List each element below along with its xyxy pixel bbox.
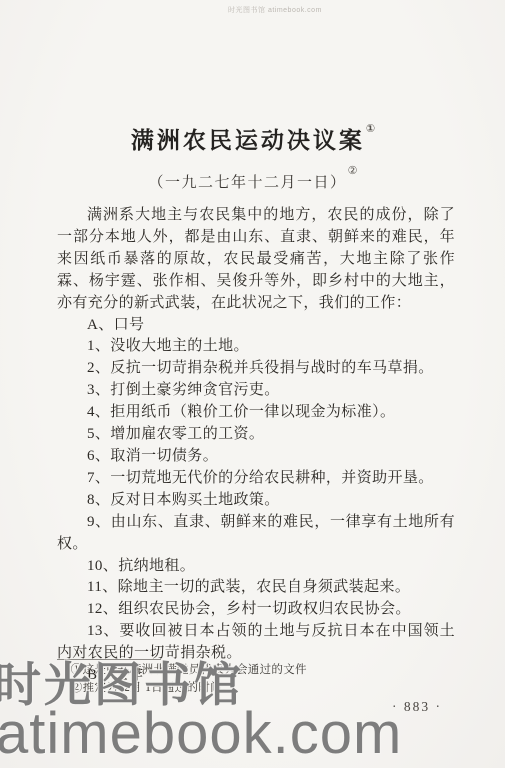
footnote: ①这是中共满洲北满党员代表大会通过的文件 — [57, 662, 401, 680]
dateline-footnote-ref: ② — [348, 165, 358, 177]
paragraph: 12、组织农民协会，乡村一切政权归农民协会。 — [57, 599, 455, 621]
page-number: · 883 · — [392, 699, 442, 715]
document-title-text: 满洲农民运动决议案 — [131, 127, 365, 153]
paragraph: 11、除地主一切的武装，农民自身须武装起来。 — [57, 577, 455, 599]
footnote: ②推定为12月 1日通过的时间。 — [57, 680, 401, 698]
paragraph: 1、没收大地主的土地。 — [57, 336, 455, 358]
paragraph: 9、由山东、直隶、朝鲜来的难民，一律享有土地所有权。 — [57, 512, 455, 556]
paragraph: 3、打倒土豪劣绅贪官污吏。 — [57, 380, 455, 402]
paragraph: 4、拒用纸币（粮价工价一律以现金为标准）。 — [57, 402, 455, 424]
paragraph: 6、取消一切债务。 — [57, 446, 455, 468]
paragraph: 8、反对日本购买土地政策。 — [57, 490, 455, 512]
footnotes: ①这是中共满洲北满党员代表大会通过的文件②推定为12月 1日通过的时间。 — [57, 662, 401, 697]
paragraph: 5、增加雇农零工的工资。 — [57, 424, 455, 446]
document-title: 满洲农民运动决议案① — [0, 122, 505, 155]
top-watermark-text: 时光图书馆 atimebook.com — [228, 5, 322, 15]
paragraph: 7、一切荒地无代价的分给农民耕种，并资助开垦。 — [57, 468, 455, 490]
document-dateline: （一九二七年十二月一日）② — [0, 171, 505, 192]
paragraph: 10、抗纳地租。 — [57, 556, 455, 578]
title-footnote-ref: ① — [366, 123, 375, 135]
document-body: 满洲系大地主与农民集中的地方，农民的成份，除了一部分本地人外，都是由山东、直隶、… — [57, 205, 455, 687]
paragraph: A、口号 — [57, 315, 455, 337]
paragraph: 满洲系大地主与农民集中的地方，农民的成份，除了一部分本地人外，都是由山东、直隶、… — [57, 205, 455, 315]
paragraph: 2、反抗一切苛捐杂税并兵役捐与战时的车马草捐。 — [57, 358, 455, 380]
footnote-separator — [57, 659, 161, 660]
watermark-domain-text: atimebook.com — [0, 700, 402, 767]
document-dateline-text: （一九二七年十二月一日） — [149, 175, 347, 191]
scanned-document-page: 时光图书馆 atimebook.com 满洲农民运动决议案① （一九二七年十二月… — [0, 0, 505, 768]
